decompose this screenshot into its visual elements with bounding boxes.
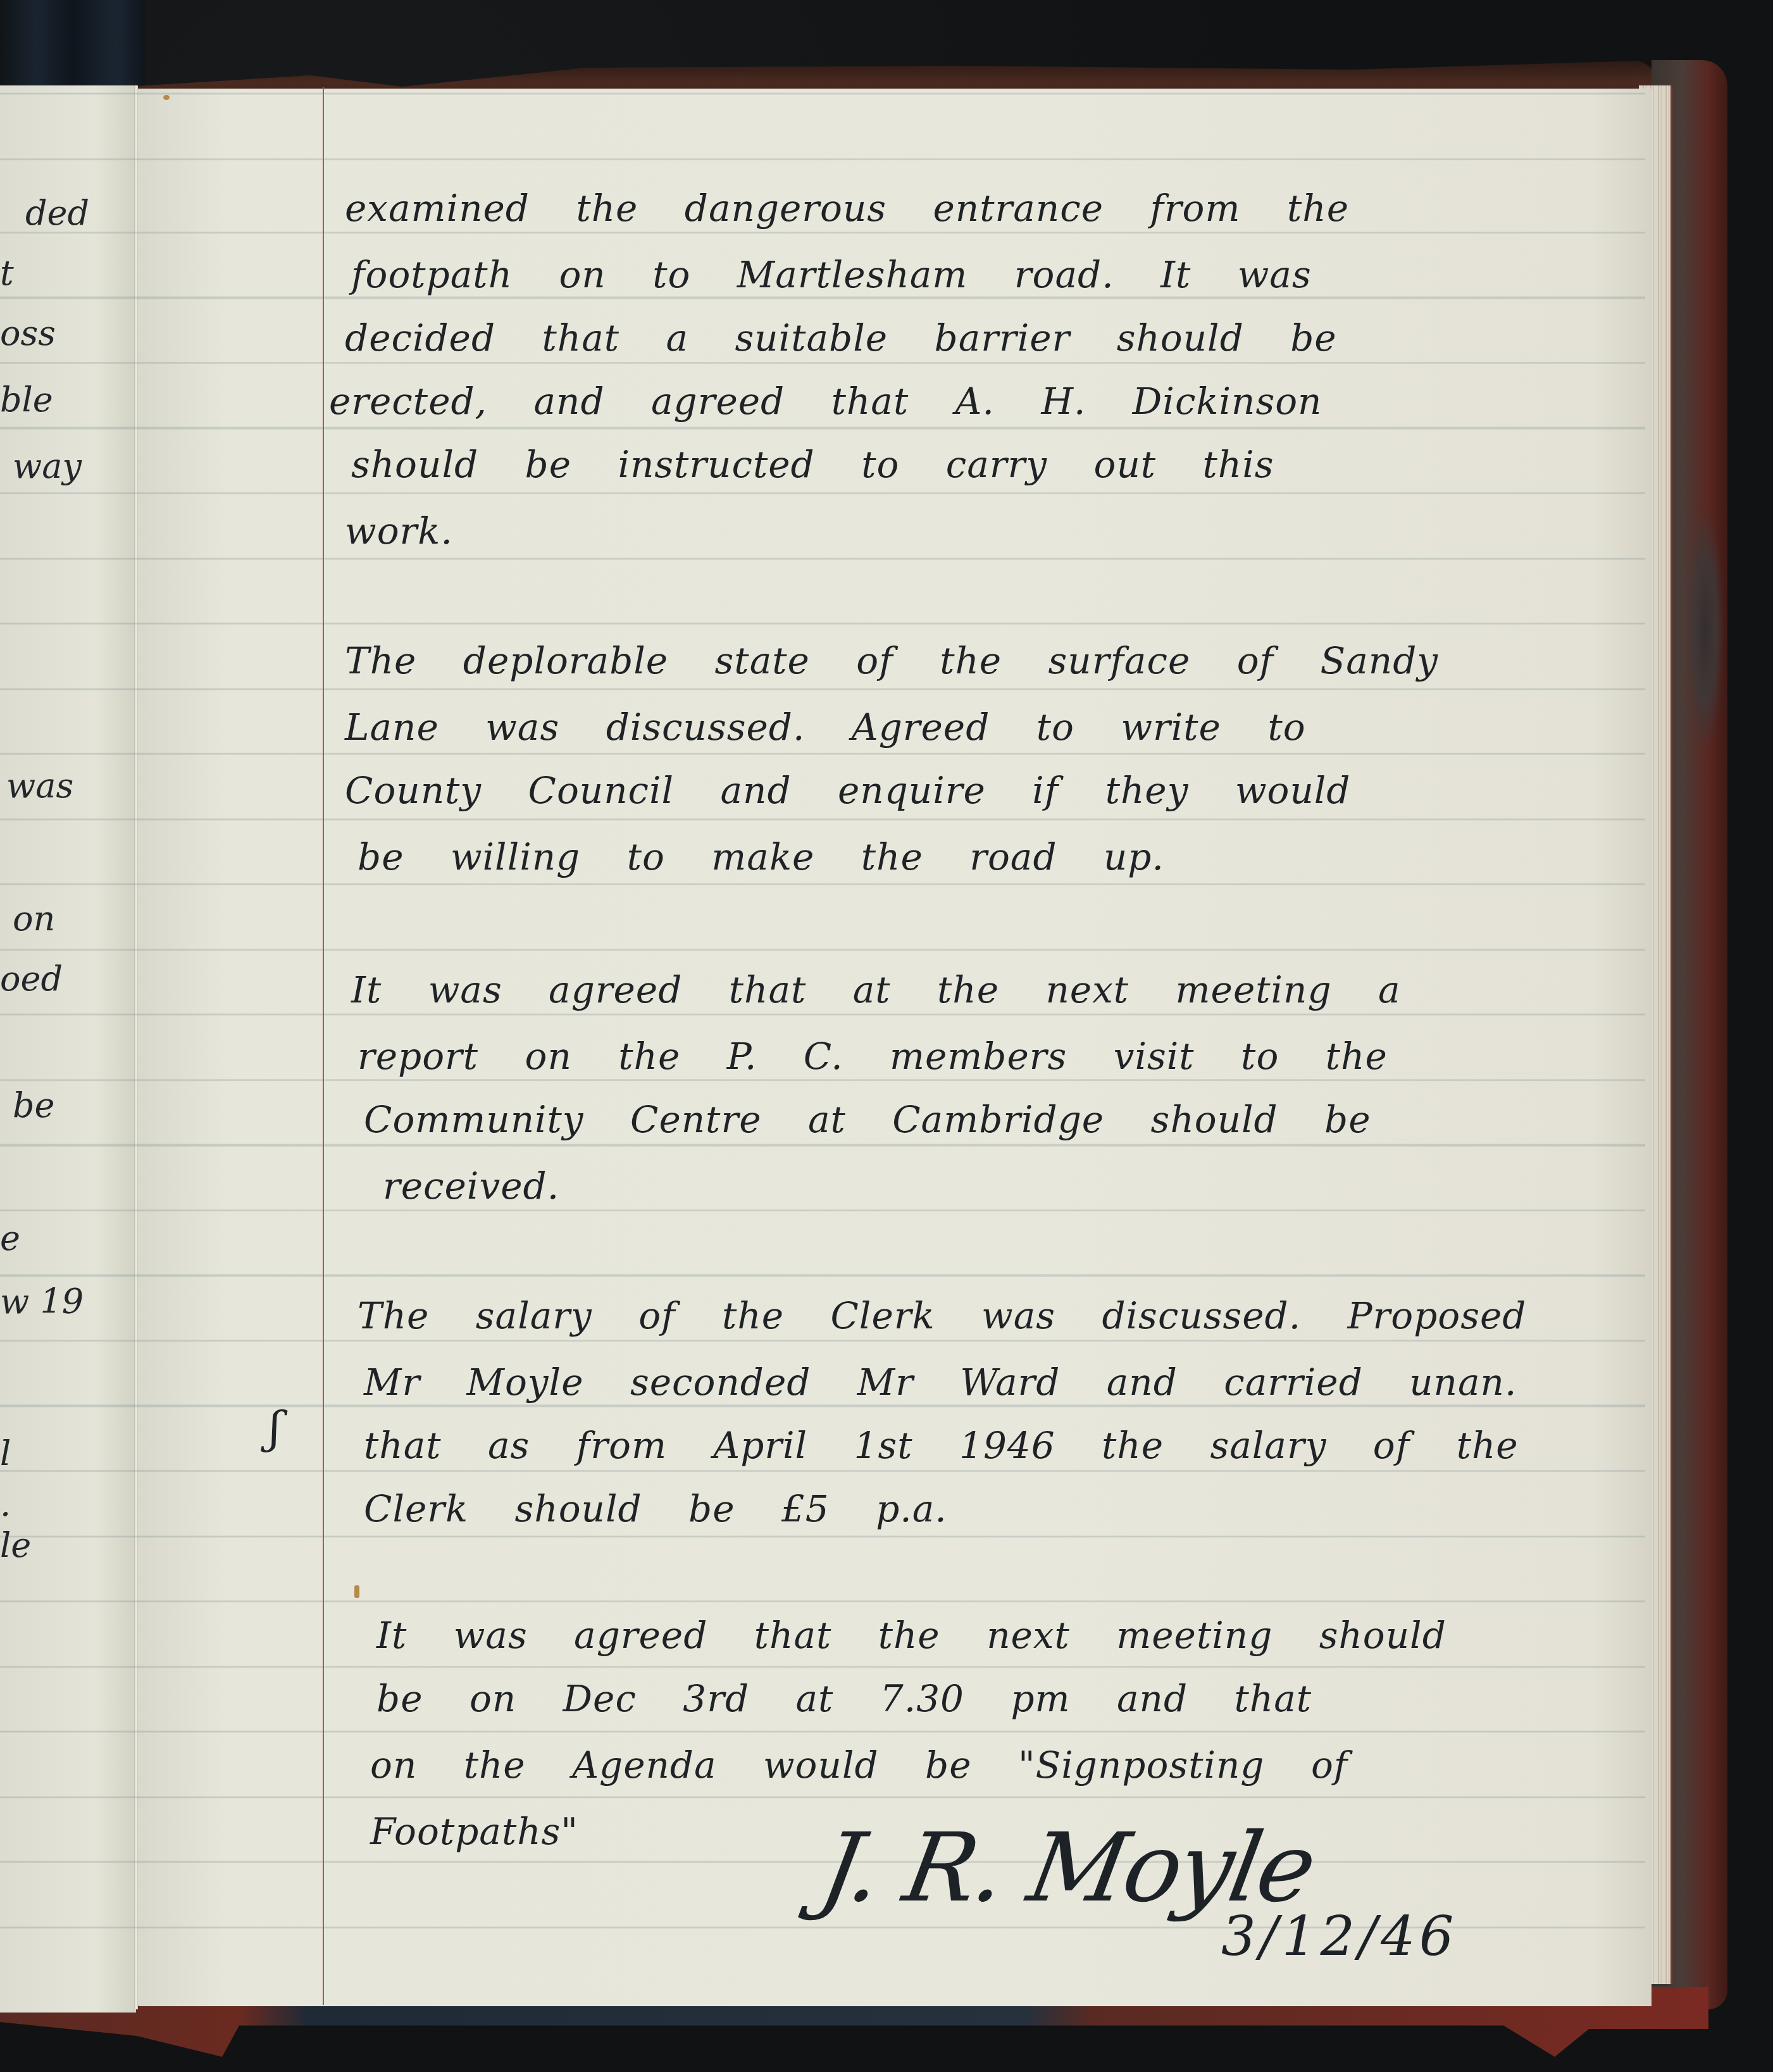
handwritten-line: examined the dangerous entrance from the <box>345 190 1349 227</box>
left-page <box>0 85 136 2013</box>
handwritten-line: It was agreed that at the next meeting a <box>351 971 1401 1008</box>
handwritten-line: Clerk should be £5 p.a. <box>364 1490 947 1527</box>
handwritten-line: report on the P. C. members visit to the <box>358 1038 1388 1075</box>
left-fragment: ble <box>0 383 53 417</box>
handwritten-line: received. <box>383 1168 559 1204</box>
signature-date: 3/12/46 <box>1221 1905 1458 1968</box>
left-fragment: le <box>0 1528 31 1563</box>
handwritten-line: County Council and enquire if they would <box>345 772 1350 809</box>
handwritten-line: erected, and agreed that A. H. Dickinson <box>329 383 1322 420</box>
handwritten-line: be on Dec 3rd at 7.30 pm and that <box>376 1680 1312 1717</box>
left-fragment: ded <box>25 196 89 230</box>
handwritten-line: The salary of the Clerk was discussed. P… <box>358 1297 1527 1334</box>
handwritten-line: The deplorable state of the surface of S… <box>345 642 1438 679</box>
paper-stain <box>163 95 170 100</box>
handwritten-line: work. <box>345 513 453 549</box>
handwritten-line: that as from April 1st 1946 the salary o… <box>364 1427 1519 1464</box>
left-fragment: . <box>0 1487 11 1521</box>
left-fragment: l <box>0 1437 11 1471</box>
paper-stain <box>354 1585 359 1598</box>
left-fragment: e <box>0 1221 20 1256</box>
margin-tick-mark: ʃ <box>269 1402 281 1454</box>
handwritten-line: on the Agenda would be "Signposting of <box>370 1747 1348 1783</box>
handwritten-line: Mr Moyle seconded Mr Ward and carried un… <box>364 1364 1517 1401</box>
handwritten-line: should be instructed to carry out this <box>351 446 1274 483</box>
handwritten-line: footpath on to Martlesham road. It was <box>351 256 1312 293</box>
handwritten-line: Community Centre at Cambridge should be <box>364 1101 1371 1138</box>
left-fragment: oss <box>0 316 56 351</box>
handwritten-line: decided that a suitable barrier should b… <box>345 320 1337 356</box>
left-fragment: t <box>0 256 14 290</box>
red-margin-line <box>323 87 324 2005</box>
left-fragment: be <box>13 1089 55 1123</box>
book-gutter <box>134 85 138 2009</box>
left-fragment: on <box>13 902 55 936</box>
left-fragment: way <box>13 449 82 484</box>
left-fragment: was <box>6 769 73 803</box>
left-fragment: w 19 <box>0 1285 84 1319</box>
handwritten-line: Lane was discussed. Agreed to write to <box>345 709 1306 746</box>
handwritten-line: Footpaths" <box>370 1813 578 1850</box>
handwritten-line: It was agreed that the next meeting shou… <box>376 1617 1446 1654</box>
left-fragment: oed <box>0 962 63 996</box>
handwritten-line: be willing to make the road up. <box>358 839 1164 875</box>
